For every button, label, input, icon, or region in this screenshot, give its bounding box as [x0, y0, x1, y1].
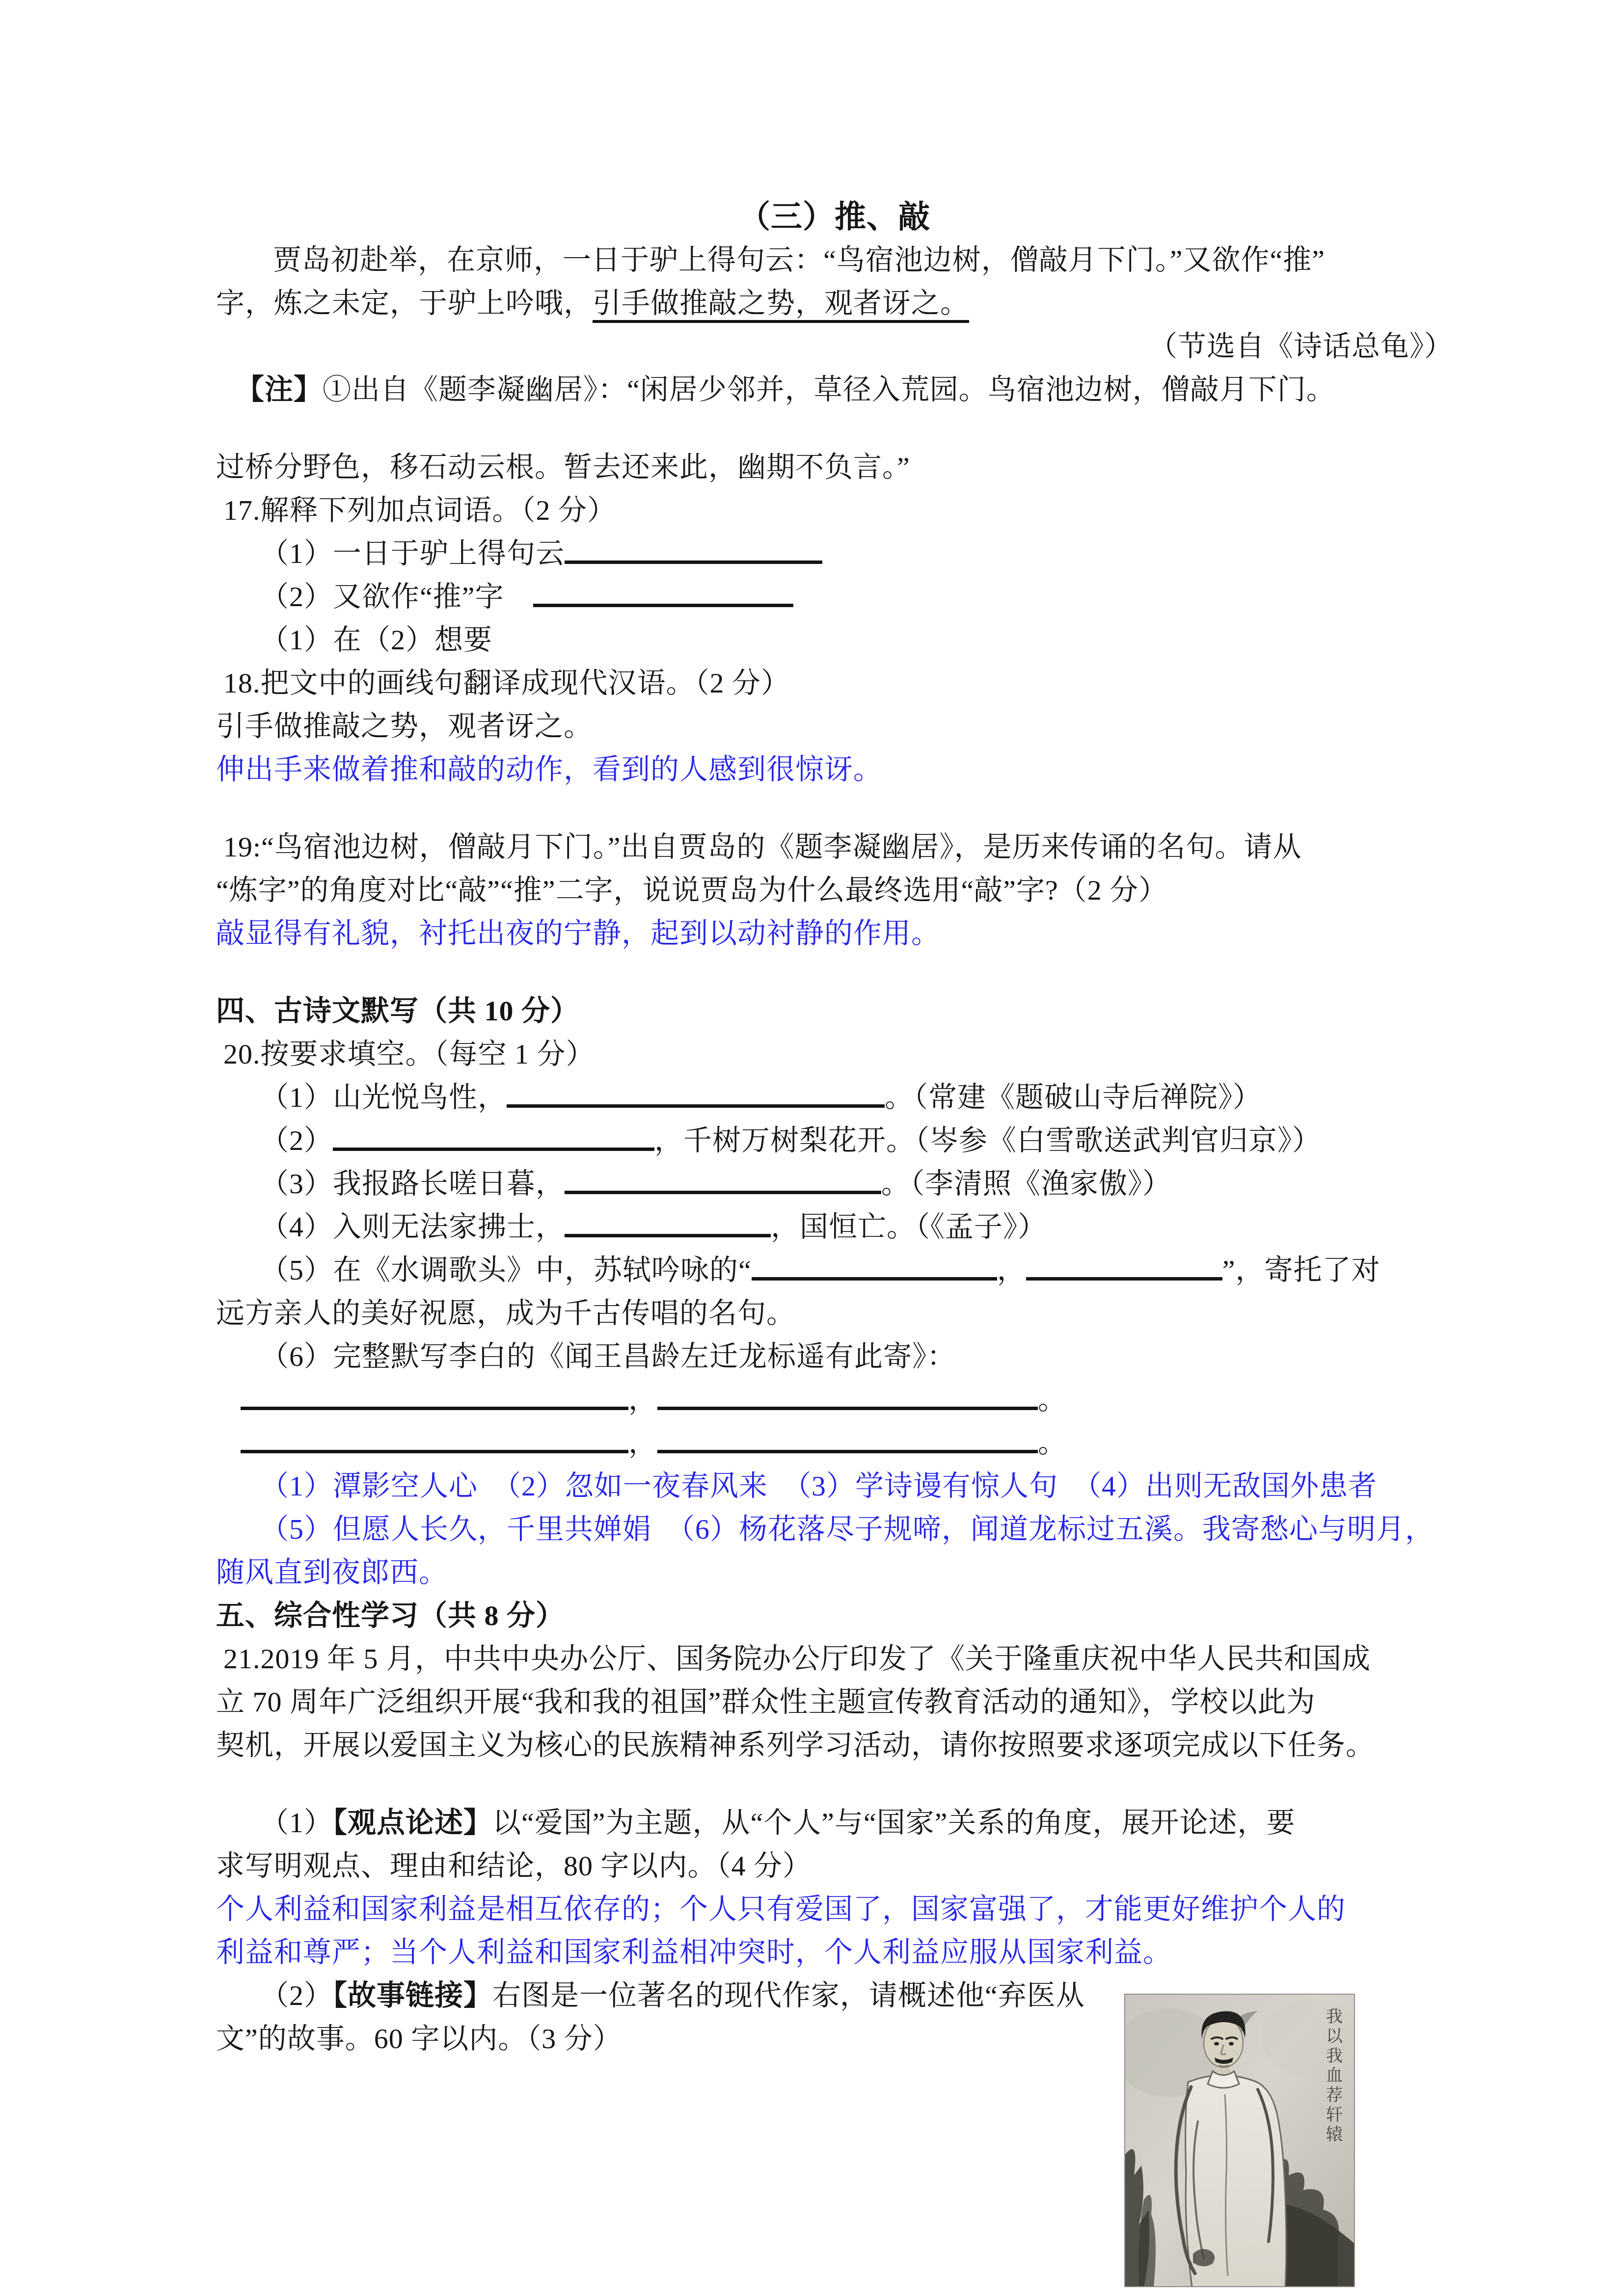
- question-21-line1: 21.2019 年 5 月，中共中央办公厅、国务院办公厅印发了《关于隆重庆祝中华…: [216, 1637, 1453, 1681]
- q21-task1-line1-part-1: 【观点论述】: [333, 1807, 492, 1839]
- q18-answer: 伸出手来做着推和敲的动作，看到的人感到很惊讶。: [216, 748, 1453, 791]
- passage-note: 【注】①出自《题李凝幽居》：“闲居少邻并，草径入荒园。鸟宿池边树，僧敲月下门。: [216, 368, 1453, 411]
- q20-item-6-blanks-2: ，。: [216, 1421, 1453, 1465]
- q20-item-3: （3）我报路长嗟日暮，。（李清照《渔家傲》）: [216, 1162, 1453, 1205]
- q20-answers-line3-part-0: 随风直到夜郎西。: [216, 1556, 448, 1588]
- q20-item-4: （4）入则无法家拂士，，国恒亡。（《孟子》）: [216, 1205, 1453, 1249]
- question-19-line2: “炼字”的角度对比“敲”“推”二字，说说贾岛为什么最终选用“敲”字?（2 分）: [216, 869, 1453, 912]
- q17-item-1: （1）一日于驴上得句云: [216, 532, 1453, 575]
- q20-item-1-part-0: （1）山光悦鸟性，: [260, 1081, 507, 1113]
- q17-item-2-part-0: （2）又欲作“推”字: [260, 581, 533, 613]
- q21-task1-line1-part-2: 以“爱国”为主题，从“个人”与“国家”关系的角度，展开论述，要: [492, 1807, 1295, 1839]
- answer-blank: [507, 1099, 885, 1108]
- q21-task1-line1-part-0: （1）: [260, 1807, 333, 1839]
- section4-title-part-0: 四、古诗文默写（共 10 分）: [216, 995, 579, 1027]
- answer-blank: [657, 1445, 1038, 1453]
- answer-blank: [565, 1186, 881, 1194]
- answer-blank: [533, 599, 793, 607]
- q21-task1-line1: （1）【观点论述】以“爱国”为主题，从“个人”与“国家”关系的角度，展开论述，要: [216, 1801, 1453, 1844]
- passage-note-2: 过桥分野色，移石动云根。暂去还来此，幽期不负言。”: [216, 446, 1453, 489]
- question-17-part-0: 17.解释下列加点词语。（2 分）: [223, 494, 616, 526]
- passage-line-2-part-1: 引手做推敲之势，观者讶之。: [593, 287, 969, 323]
- q20-item-5-wrap: 远方亲人的美好祝愿，成为千古传唱的名句。: [216, 1292, 1453, 1335]
- q20-item-4-part-0: （4）入则无法家拂士，: [260, 1211, 565, 1243]
- q20-answers-line2-part-0: （5）但愿人长久，千里共婵娟 （6）杨花落尽子规啼，闻道龙标过五溪。我寄愁心与明…: [260, 1513, 1434, 1545]
- answer-blank: [565, 1229, 771, 1237]
- q20-item-1: （1）山光悦鸟性，。（常建《题破山寺后禅院》）: [216, 1076, 1453, 1119]
- q21-task1-answer-1-part-0: 个人利益和国家利益是相互依存的；个人只有爱国了，国家富强了，才能更好维护个人的: [216, 1893, 1346, 1925]
- section4-title: 四、古诗文默写（共 10 分）: [216, 989, 1453, 1033]
- q20-item-5-part-0: （5）在《水调歌头》中，苏轼吟咏的“: [260, 1254, 752, 1286]
- q20-item-5-part-2: ，: [997, 1254, 1026, 1286]
- answer-blank: [657, 1402, 1038, 1410]
- answer-blank: [1026, 1272, 1222, 1281]
- question-19-line2-part-0: “炼字”的角度对比“敲”“推”二字，说说贾岛为什么最终选用“敲”字?（2 分）: [216, 874, 1167, 906]
- passage-source: （节选自《诗话总龟》）: [216, 325, 1453, 368]
- q20-answers-line1-part-0: （1）潭影空人心 （2）忽如一夜春风来 （3）学诗谩有惊人句 （4）出则无敌国外…: [260, 1470, 1377, 1502]
- question-21-line1-part-0: 21.2019 年 5 月，中共中央办公厅、国务院办公厅印发了《关于隆重庆祝中华…: [223, 1643, 1371, 1675]
- question-21-line2-part-0: 立 70 周年广泛组织开展“我和我的祖国”群众性主题宣传教育活动的通知》，学校以…: [216, 1686, 1316, 1718]
- q21-task1-answer-2: 利益和尊严；当个人利益和国家利益相冲突时，个人利益应服从国家利益。: [216, 1931, 1453, 1974]
- passage-line-1: 贾岛初赴举，在京师，一日于驴上得句云：“鸟宿池边树，僧敲月下门。”又欲作“推”: [216, 239, 1453, 282]
- question-19-line1-part-0: 19:“鸟宿池边树，僧敲月下门。”出自贾岛的《题李凝幽居》，是历来传诵的名句。请…: [223, 831, 1302, 863]
- q19-answer: 敲显得有礼貌，衬托出夜的宁静，起到以动衬静的作用。: [216, 912, 1453, 955]
- question-21-line3-part-0: 契机，开展以爱国主义为核心的民族精神系列学习活动，请你按照要求逐项完成以下任务。: [216, 1729, 1375, 1761]
- q20-item-2-part-0: （2）: [260, 1124, 333, 1156]
- question-18-part-0: 18.把文中的画线句翻译成现代汉语。（2 分）: [223, 667, 790, 699]
- question-17: 17.解释下列加点词语。（2 分）: [216, 489, 1453, 532]
- section5-title-part-0: 五、综合性学习（共 8 分）: [216, 1600, 565, 1631]
- section3-title-part-0: （三）推、敲: [739, 199, 930, 234]
- q20-item-1-part-2: 。（常建《题破山寺后禅院》）: [885, 1081, 1262, 1113]
- q20-answers-line3: 随风直到夜郎西。: [216, 1551, 1453, 1594]
- question-21-line3: 契机，开展以爱国主义为核心的民族精神系列学习活动，请你按照要求逐项完成以下任务。: [216, 1724, 1453, 1767]
- q20-item-2: （2），千树万树梨花开。（岑参《白雪歌送武判官归京》）: [216, 1119, 1453, 1162]
- q20-item-3-part-2: 。（李清照《渔家傲》）: [881, 1168, 1171, 1200]
- question-19-line1: 19:“鸟宿池边树，僧敲月下门。”出自贾岛的《题李凝幽居》，是历来传诵的名句。请…: [216, 826, 1453, 869]
- q20-item-4-part-2: ，国恒亡。（《孟子》）: [771, 1211, 1047, 1243]
- q18-answer-part-0: 伸出手来做着推和敲的动作，看到的人感到很惊讶。: [216, 753, 882, 785]
- q20-item-3-part-0: （3）我报路长嗟日暮，: [260, 1168, 565, 1200]
- passage-line-2-part-0: 字，炼之未定，于驴上吟哦，: [216, 287, 593, 319]
- q20-item-5-wrap-part-0: 远方亲人的美好祝愿，成为千古传唱的名句。: [216, 1297, 795, 1329]
- q20-answers-line1: （1）潭影空人心 （2）忽如一夜春风来 （3）学诗谩有惊人句 （4）出则无敌国外…: [216, 1465, 1453, 1508]
- q20-item-6-part-0: （6）完整默写李白的《闻王昌龄左迁龙标遥有此寄》：: [260, 1340, 956, 1372]
- answer-blank: [565, 556, 822, 564]
- q18-sentence: 引手做推敲之势，观者讶之。: [216, 705, 1453, 748]
- q17-answer: （1）在（2）想要: [216, 618, 1453, 662]
- q20-answers-line2: （5）但愿人长久，千里共婵娟 （6）杨花落尽子规啼，闻道龙标过五溪。我寄愁心与明…: [216, 1508, 1453, 1551]
- q21-task1-answer-1: 个人利益和国家利益是相互依存的；个人只有爱国了，国家富强了，才能更好维护个人的: [216, 1888, 1453, 1931]
- exam-page: （三）推、敲贾岛初赴举，在京师，一日于驴上得句云：“鸟宿池边树，僧敲月下门。”又…: [0, 0, 1624, 2296]
- question-20: 20.按要求填空。（每空 1 分）: [216, 1033, 1453, 1076]
- text-column: （三）推、敲贾岛初赴举，在京师，一日于驴上得句云：“鸟宿池边树，僧敲月下门。”又…: [216, 195, 1453, 2060]
- q18-sentence-part-0: 引手做推敲之势，观者讶之。: [216, 710, 593, 742]
- luxun-portrait-image: 我以我血荐轩辕: [1124, 1994, 1355, 2287]
- q20-item-5-part-4: ”，寄托了对: [1222, 1254, 1380, 1286]
- question-20-part-0: 20.按要求填空。（每空 1 分）: [223, 1038, 595, 1070]
- q21-task1-line2-part-0: 求写明观点、理由和结论，80 字以内。（4 分）: [216, 1850, 812, 1882]
- q19-answer-part-0: 敲显得有礼貌，衬托出夜的宁静，起到以动衬静的作用。: [216, 917, 940, 949]
- section3-title: （三）推、敲: [216, 195, 1453, 239]
- q20-item-6-blanks-2-part-3: 。: [1038, 1427, 1067, 1459]
- question-21-line2: 立 70 周年广泛组织开展“我和我的祖国”群众性主题宣传教育活动的通知》，学校以…: [216, 1681, 1453, 1724]
- q21-task2-line1-part-0: （2）: [260, 1979, 333, 2011]
- q21-task2-line1-part-2: 右图是一位著名的现代作家，请概述他“弃医从: [492, 1979, 1085, 2011]
- q17-item-2: （2）又欲作“推”字: [216, 575, 1453, 618]
- q20-item-5: （5）在《水调歌头》中，苏轼吟咏的“，”，寄托了对: [216, 1249, 1453, 1292]
- passage-note-part-0: 【注】: [236, 374, 323, 405]
- q20-item-6-blanks-2-part-1: ，: [628, 1427, 657, 1459]
- passage-line-1-part-0: 贾岛初赴举，在京师，一日于驴上得句云：“鸟宿池边树，僧敲月下门。”又欲作“推”: [273, 244, 1325, 276]
- passage-note-2-part-0: 过桥分野色，移石动云根。暂去还来此，幽期不负言。”: [216, 451, 910, 483]
- q20-item-6-blanks-1-part-1: ，: [628, 1384, 657, 1415]
- answer-blank: [241, 1445, 628, 1453]
- q21-task2-line2-part-0: 文”的故事。60 字以内。（3 分）: [216, 2023, 622, 2055]
- q21-task1-answer-2-part-0: 利益和尊严；当个人利益和国家利益相冲突时，个人利益应服从国家利益。: [216, 1936, 1172, 1968]
- q17-item-1-part-0: （1）一日于驴上得句云: [260, 537, 565, 569]
- q20-item-2-part-2: ，千树万树梨花开。（岑参《白雪歌送武判官归京》）: [654, 1124, 1321, 1156]
- passage-line-2: 字，炼之未定，于驴上吟哦，引手做推敲之势，观者讶之。: [216, 282, 1453, 325]
- passage-source-part-0: （节选自《诗话总龟》）: [1149, 330, 1453, 362]
- portrait-drawing: 我以我血荐轩辕: [1124, 1994, 1355, 2287]
- q20-item-6: （6）完整默写李白的《闻王昌龄左迁龙标遥有此寄》：: [216, 1335, 1453, 1378]
- answer-blank: [752, 1272, 997, 1281]
- q21-task2-line1-part-1: 【故事链接】: [333, 1979, 492, 2011]
- calligraphy-inscription: 我以我血荐轩辕: [1326, 2008, 1344, 2144]
- passage-note-part-1: ①出自《题李凝幽居》：“闲居少邻并，草径入荒园。鸟宿池边树，僧敲月下门。: [323, 374, 1335, 405]
- q21-task1-line2: 求写明观点、理由和结论，80 字以内。（4 分）: [216, 1844, 1453, 1888]
- question-18: 18.把文中的画线句翻译成现代汉语。（2 分）: [216, 662, 1453, 705]
- answer-blank: [241, 1402, 628, 1410]
- answer-blank: [333, 1143, 654, 1151]
- q20-item-6-blanks-1: ，。: [216, 1378, 1453, 1421]
- q17-answer-part-0: （1）在（2）想要: [260, 624, 492, 656]
- section5-title: 五、综合性学习（共 8 分）: [216, 1594, 1453, 1637]
- q20-item-6-blanks-1-part-3: 。: [1038, 1384, 1067, 1415]
